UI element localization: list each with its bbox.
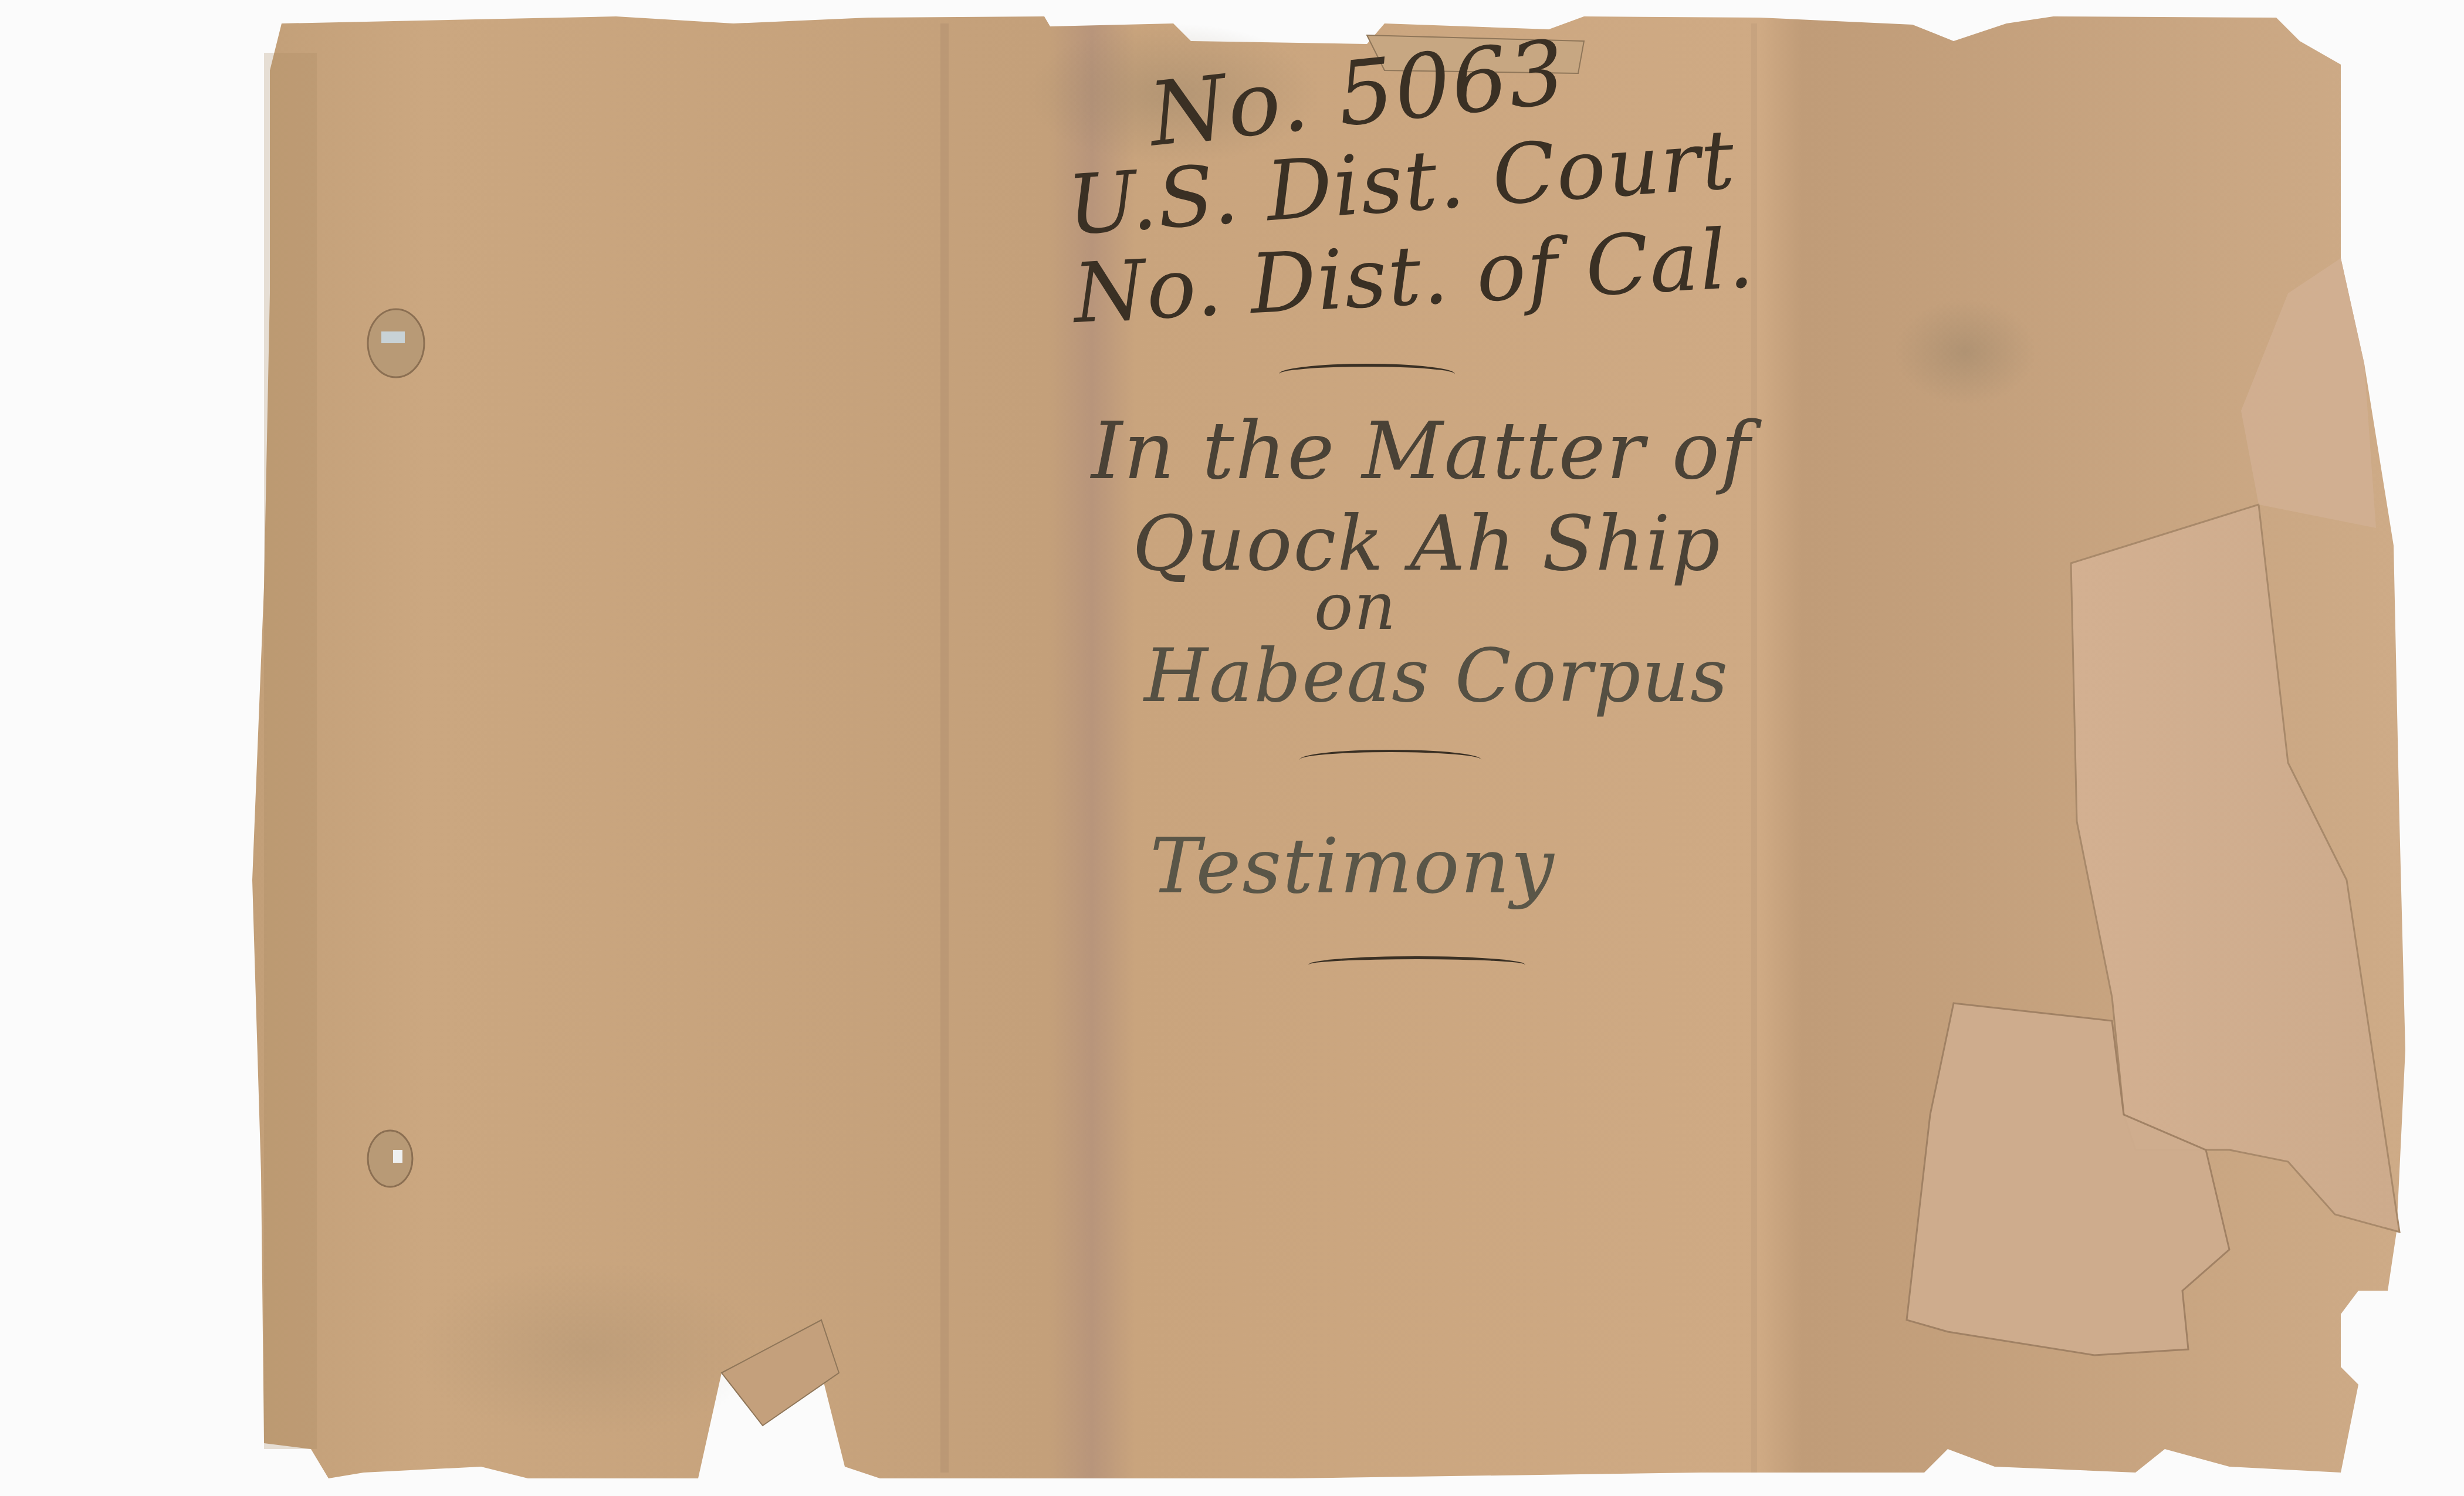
divider-flourish	[1279, 364, 1455, 384]
binding-hole-top	[368, 309, 424, 377]
party-name: Quock Ah Ship	[1132, 499, 1721, 588]
divider-line	[1299, 750, 1481, 770]
end-flourish	[1308, 956, 1525, 973]
binding-hole-bottom	[368, 1131, 412, 1187]
matter-label: In the Matter of	[1091, 405, 1751, 497]
document-type: Testimony	[1150, 821, 1555, 911]
conjunction-on: on	[1314, 569, 1397, 644]
proceeding-type: Habeas Corpus	[1144, 634, 1729, 719]
scanned-document: No. 5063 U.S. Dist. Court No. Dist. of C…	[0, 0, 2464, 1496]
